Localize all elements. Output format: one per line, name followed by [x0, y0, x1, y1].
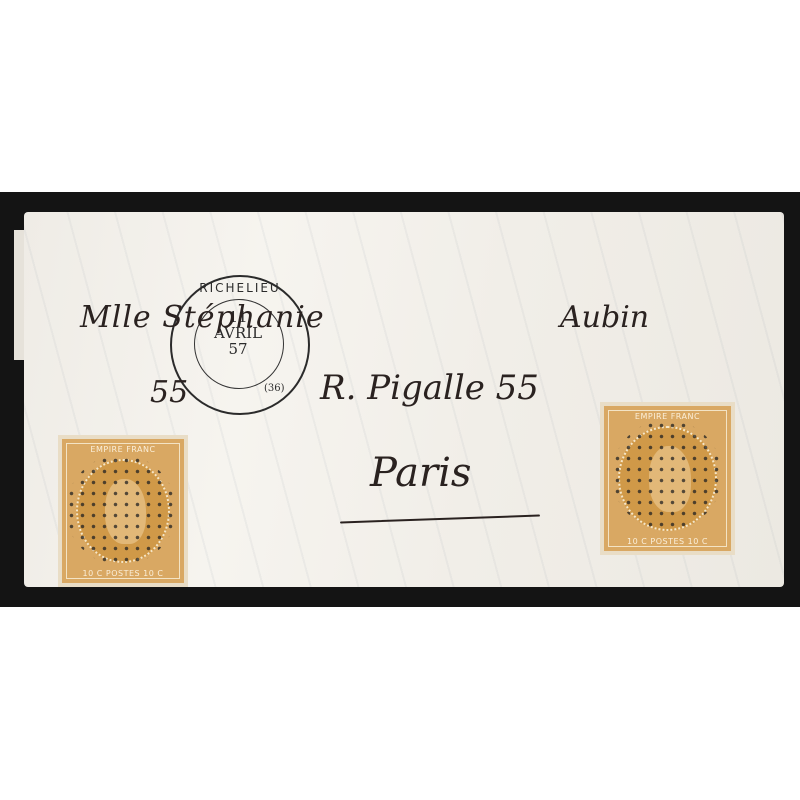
- dotted-lozenge-cancel: [612, 420, 722, 530]
- postmark-dept: (36): [264, 383, 285, 394]
- address-city: Paris: [370, 450, 471, 496]
- address-line-1-surname: Aubin: [560, 300, 649, 335]
- address-line-1: Mlle Stéphanie: [80, 300, 325, 335]
- postmark-town: RICHELIEU: [172, 281, 308, 295]
- address-line-2-street: R. Pigalle 55: [320, 368, 539, 408]
- circular-date-postmark: RICHELIEU 11 AVRIL 57 (36): [170, 275, 310, 415]
- address-line-2-number: 55: [150, 375, 188, 410]
- dotted-lozenge-cancel: [66, 455, 176, 565]
